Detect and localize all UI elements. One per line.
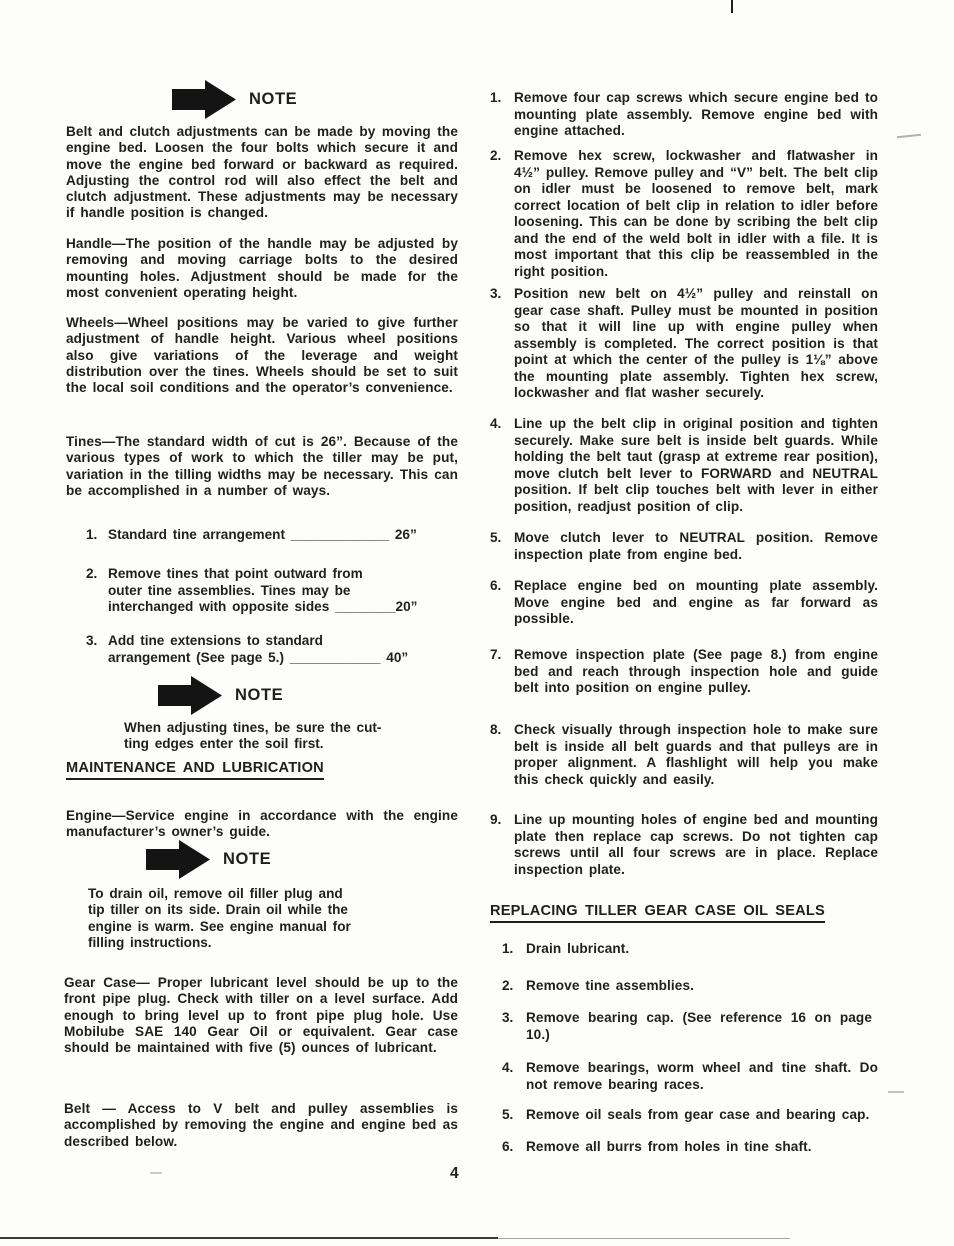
step-text: Move clutch lever to NEUTRAL position. R… [514, 530, 878, 563]
list-text: Standard tine arrangement _____________ … [108, 527, 458, 543]
step-text: Remove hex screw, lockwasher and flatwas… [514, 148, 878, 280]
scan-mark-right [897, 134, 921, 138]
step-number: 8. [490, 722, 514, 788]
step-number: 6. [490, 578, 514, 628]
term-gear-case: Gear Case— [64, 975, 150, 990]
tine-options-list: 1. Standard tine arrangement ___________… [86, 527, 458, 682]
step-text: Drain lubricant. [526, 941, 878, 958]
step-text: Remove four cap screws which secure engi… [514, 90, 878, 140]
numbered-step: 9. Line up mounting holes of engine bed … [490, 812, 878, 878]
note-text-drain-oil: To drain oil, remove oil filler plug and… [88, 886, 388, 951]
seal-step: 2. Remove tine assemblies. [502, 978, 878, 995]
step-number: 9. [490, 812, 514, 878]
term-engine: Engine— [66, 808, 126, 823]
paragraph-tines-body: The standard width of cut is 26”. Becaus… [66, 434, 458, 498]
paragraph-belt-clutch-adjustments: Belt and clutch adjustments can be made … [66, 124, 458, 222]
page-number: 4 [450, 1165, 459, 1183]
numbered-step: 6. Replace engine bed on mounting plate … [490, 578, 878, 628]
note-label: NOTE [249, 90, 297, 109]
scan-mark-bottom-left [150, 1172, 162, 1174]
note-callout-3: NOTE [146, 840, 271, 879]
list-number: 3. [86, 633, 108, 666]
bottom-scan-line-faint [498, 1238, 790, 1239]
step-number: 2. [490, 148, 514, 280]
paragraph-belt-access: Belt — Access to V belt and pulley assem… [64, 1101, 458, 1150]
step-text: Line up mounting holes of engine bed and… [514, 812, 878, 878]
step-number: 5. [490, 530, 514, 563]
paragraph-engine-body: Service engine in accordance with the en… [66, 808, 458, 839]
note-callout-1: NOTE [172, 80, 297, 119]
note-label: NOTE [223, 850, 271, 869]
step-number: 1. [502, 941, 526, 958]
step-number: 3. [502, 1010, 526, 1043]
list-text: Add tine extensions to standard arrangem… [108, 633, 458, 666]
scan-mark-right-lower [888, 1091, 904, 1093]
scan-mark-top [731, 0, 733, 13]
paragraph-gear-case: Gear Case— Proper lubricant level should… [64, 975, 458, 1056]
section-heading-oil-seals: REPLACING TILLER GEAR CASE OIL SEALS [490, 903, 825, 923]
step-text: Remove inspection plate (See page 8.) fr… [514, 647, 878, 697]
term-wheels: Wheels— [66, 315, 128, 330]
note-text-tines: When adjusting tines, be sure the cut- t… [124, 720, 414, 753]
note-label: NOTE [235, 686, 283, 705]
note-arrow-icon [146, 840, 210, 879]
step-text: Line up the belt clip in original positi… [514, 416, 878, 515]
seal-step: 5. Remove oil seals from gear case and b… [502, 1107, 878, 1124]
numbered-step: 8. Check visually through inspection hol… [490, 722, 878, 788]
step-text: Position new belt on 4½” pulley and rein… [514, 286, 878, 402]
step-text: Check visually through inspection hole t… [514, 722, 878, 788]
list-number: 2. [86, 566, 108, 615]
step-text: Remove bearings, worm wheel and tine sha… [526, 1060, 878, 1093]
manual-page: NOTE Belt and clutch adjustments can be … [0, 0, 954, 1246]
step-text: Replace engine bed on mounting plate ass… [514, 578, 878, 628]
paragraph-wheels: Wheels—Wheel positions may be varied to … [66, 315, 458, 396]
numbered-step: 1. Remove four cap screws which secure e… [490, 90, 878, 140]
numbered-step: 5. Move clutch lever to NEUTRAL position… [490, 530, 878, 563]
list-text: Remove tines that point outward from out… [108, 566, 458, 615]
section-heading-maintenance: MAINTENANCE AND LUBRICATION [66, 760, 324, 780]
term-belt: Belt — [64, 1101, 128, 1116]
step-text: Remove tine assemblies. [526, 978, 878, 995]
step-number: 4. [490, 416, 514, 515]
step-number: 1. [490, 90, 514, 140]
numbered-step: 4. Line up the belt clip in original pos… [490, 416, 878, 515]
note-arrow-icon [158, 676, 222, 715]
term-handle: Handle— [66, 236, 126, 251]
note-callout-2: NOTE [158, 676, 283, 715]
numbered-step: 3. Position new belt on 4½” pulley and r… [490, 286, 878, 402]
tine-option-row: 1. Standard tine arrangement ___________… [86, 527, 458, 543]
step-number: 5. [502, 1107, 526, 1124]
bottom-scan-line [0, 1237, 498, 1239]
numbered-step: 2. Remove hex screw, lockwasher and flat… [490, 148, 878, 280]
paragraph-engine: Engine—Service engine in accordance with… [66, 808, 458, 841]
seal-step: 6. Remove all burrs from holes in tine s… [502, 1139, 878, 1156]
seals-heading-wrap: REPLACING TILLER GEAR CASE OIL SEALS [490, 902, 825, 923]
paragraph-handle: Handle—The position of the handle may be… [66, 236, 458, 301]
paragraph-tines: Tines—The standard width of cut is 26”. … [66, 434, 458, 499]
tine-option-row: 3. Add tine extensions to standard arran… [86, 633, 458, 666]
note-arrow-icon [172, 80, 236, 119]
step-number: 2. [502, 978, 526, 995]
paragraph-handle-body: The position of the handle may be adjust… [66, 236, 458, 300]
step-number: 3. [490, 286, 514, 402]
seal-step: 1. Drain lubricant. [502, 941, 878, 958]
tine-option-row: 2. Remove tines that point outward from … [86, 566, 458, 615]
list-number: 1. [86, 527, 108, 543]
step-text: Remove bearing cap. (See reference 16 on… [526, 1010, 872, 1043]
seal-step: 3. Remove bearing cap. (See reference 16… [502, 1010, 872, 1043]
step-text: Remove all burrs from holes in tine shaf… [526, 1139, 878, 1156]
numbered-step: 7. Remove inspection plate (See page 8.)… [490, 647, 878, 697]
step-number: 4. [502, 1060, 526, 1093]
term-tines: Tines— [66, 434, 115, 449]
seal-step: 4. Remove bearings, worm wheel and tine … [502, 1060, 878, 1093]
step-number: 6. [502, 1139, 526, 1156]
step-number: 7. [490, 647, 514, 697]
step-text: Remove oil seals from gear case and bear… [526, 1107, 878, 1124]
maintenance-heading-wrap: MAINTENANCE AND LUBRICATION [66, 759, 324, 780]
